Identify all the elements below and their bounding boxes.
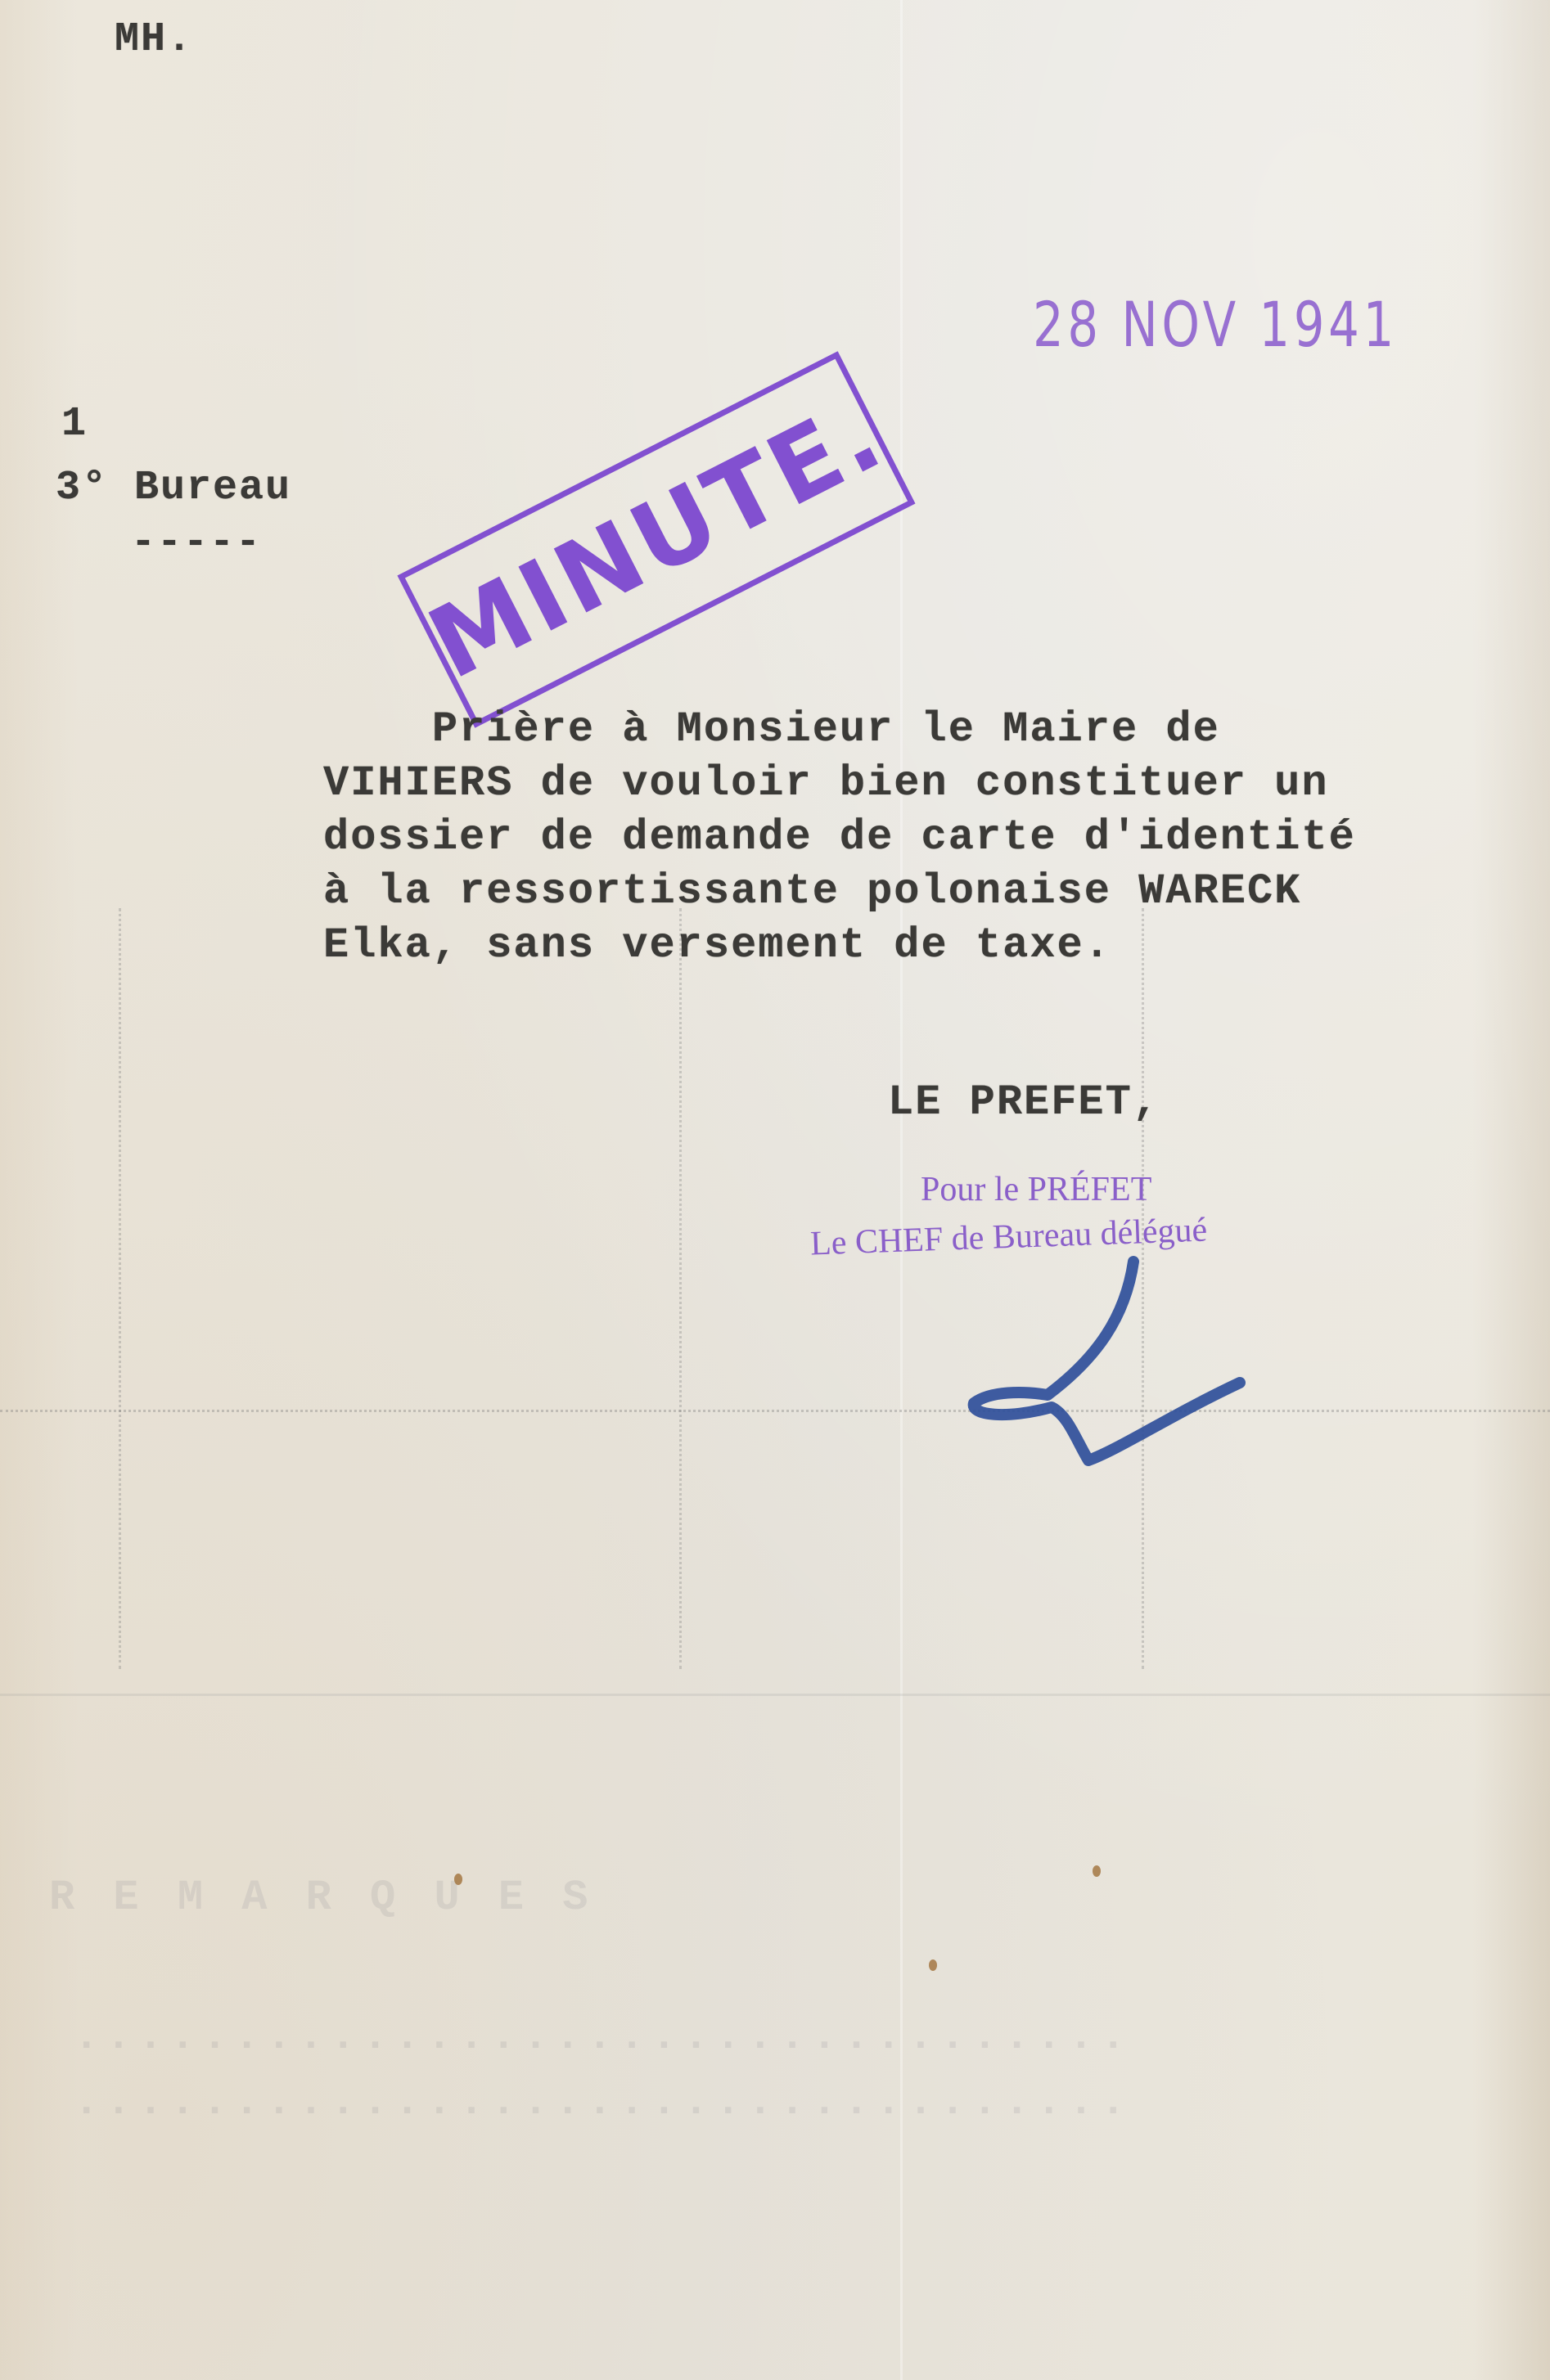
date-stamp: 28 NOV 1941	[1033, 288, 1398, 361]
bleed-through-vertical-line	[119, 908, 121, 1669]
bleed-through-text: R E M A R Q U E S	[49, 1874, 595, 1922]
handwritten-signature-icon	[957, 1252, 1252, 1497]
paper-stain	[1093, 1865, 1101, 1877]
body-line-1: Prière à Monsieur le Maire de	[323, 705, 1220, 754]
signatory-title: LE PREFET,	[888, 1078, 1160, 1127]
body-line-4: à la ressortissante polonaise WARECK	[323, 867, 1301, 916]
bleed-through-rule	[0, 1694, 1550, 1696]
bleed-through-vertical-line	[679, 908, 682, 1669]
body-line-2: VIHIERS de vouloir bien constituer un	[323, 759, 1329, 808]
paper-stain	[929, 1959, 937, 1971]
bureau-underline: -----	[131, 520, 262, 566]
reference-number: 1	[61, 401, 88, 448]
minute-stamp: MINUTE.	[397, 351, 915, 727]
body-line-5: Elka, sans versement de taxe.	[323, 921, 1111, 970]
body-line-3: dossier de demande de carte d'identité	[323, 813, 1356, 862]
bleed-through-dotted-line	[0, 1410, 1550, 1412]
paper-stain	[454, 1874, 462, 1885]
delegation-stamp-line-1: Pour le PRÉFET	[921, 1170, 1151, 1209]
bleed-through-text: .................................	[74, 2013, 1133, 2061]
bureau-label: 3° Bureau	[56, 465, 291, 511]
header-initials: MH.	[115, 16, 193, 63]
bleed-through-text: .................................	[74, 2078, 1133, 2126]
